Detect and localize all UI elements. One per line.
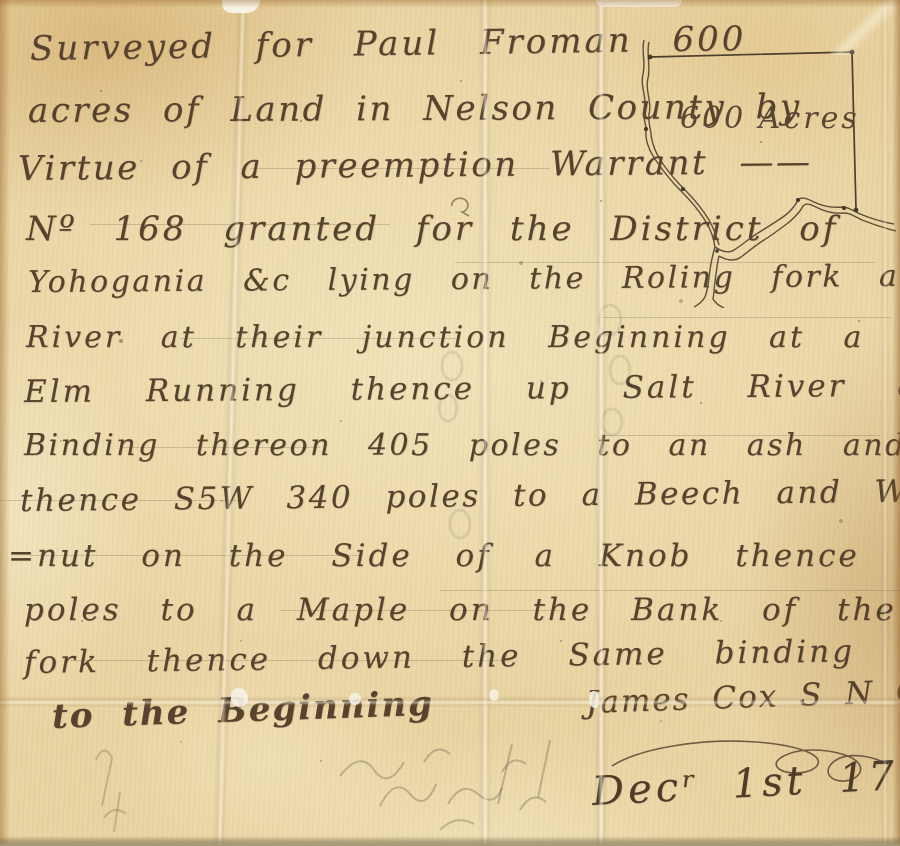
handwriting-line-1: Surveyed for Paul Froman 600	[30, 22, 747, 66]
paper-edge-right	[892, 0, 900, 846]
handwriting-line-9: thence S5W 340 poles to a Beech and Whit…	[20, 475, 900, 517]
handwriting-line-3: Virtue of a preemption Warrant ——	[18, 145, 813, 186]
handwriting-line-2: acres of Land in Nelson County by	[28, 90, 802, 128]
handwriting-line-10: =nut on the Side of a Knob thence N85W26…	[8, 541, 900, 572]
handwriting-line-8: Binding thereon 405 poles to an ash and …	[24, 431, 900, 461]
handwriting-line-4: Nº 168 granted for the District of	[26, 212, 838, 246]
bottom-pencil-scrawl	[340, 740, 550, 830]
left-pencil-marks	[96, 750, 126, 832]
paper-edge-bottom	[0, 836, 900, 846]
paper-tear-notch	[222, 0, 260, 13]
survey-document-page: Surveyed for Paul Froman 600 acres of La…	[0, 0, 900, 846]
fold-crease-vertical-4	[880, 0, 890, 846]
paper-tear-notch	[596, 0, 682, 7]
pencil-rule-line	[600, 317, 890, 318]
paper-edge-left	[0, 0, 10, 846]
handwriting-line-13: to the Beginning	[51, 687, 434, 734]
damage-fleck	[489, 689, 499, 701]
handwriting-line-12: fork thence down the Same binding thereo…	[24, 634, 900, 679]
foxing-specks	[0, 0, 2, 2]
corner-fold-crease	[830, 0, 900, 55]
survey-date: Decʳ 1st 1796	[591, 753, 900, 812]
plat-boundary-lines	[650, 52, 856, 210]
pencil-rule-line	[440, 590, 900, 591]
paper-edge-top	[0, 0, 900, 8]
surveyor-signature: James Cox S N C	[585, 676, 900, 719]
handwriting-line-11: poles to a Maple on the Bank of the Roll…	[24, 595, 900, 626]
handwriting-line-7: Elm Running thence up Salt River and	[24, 370, 900, 408]
handwriting-line-5: Yohogania &c lying on the Roling fork an…	[28, 261, 900, 298]
handwriting-line-6: River at their junction Beginning at a L…	[26, 323, 900, 353]
